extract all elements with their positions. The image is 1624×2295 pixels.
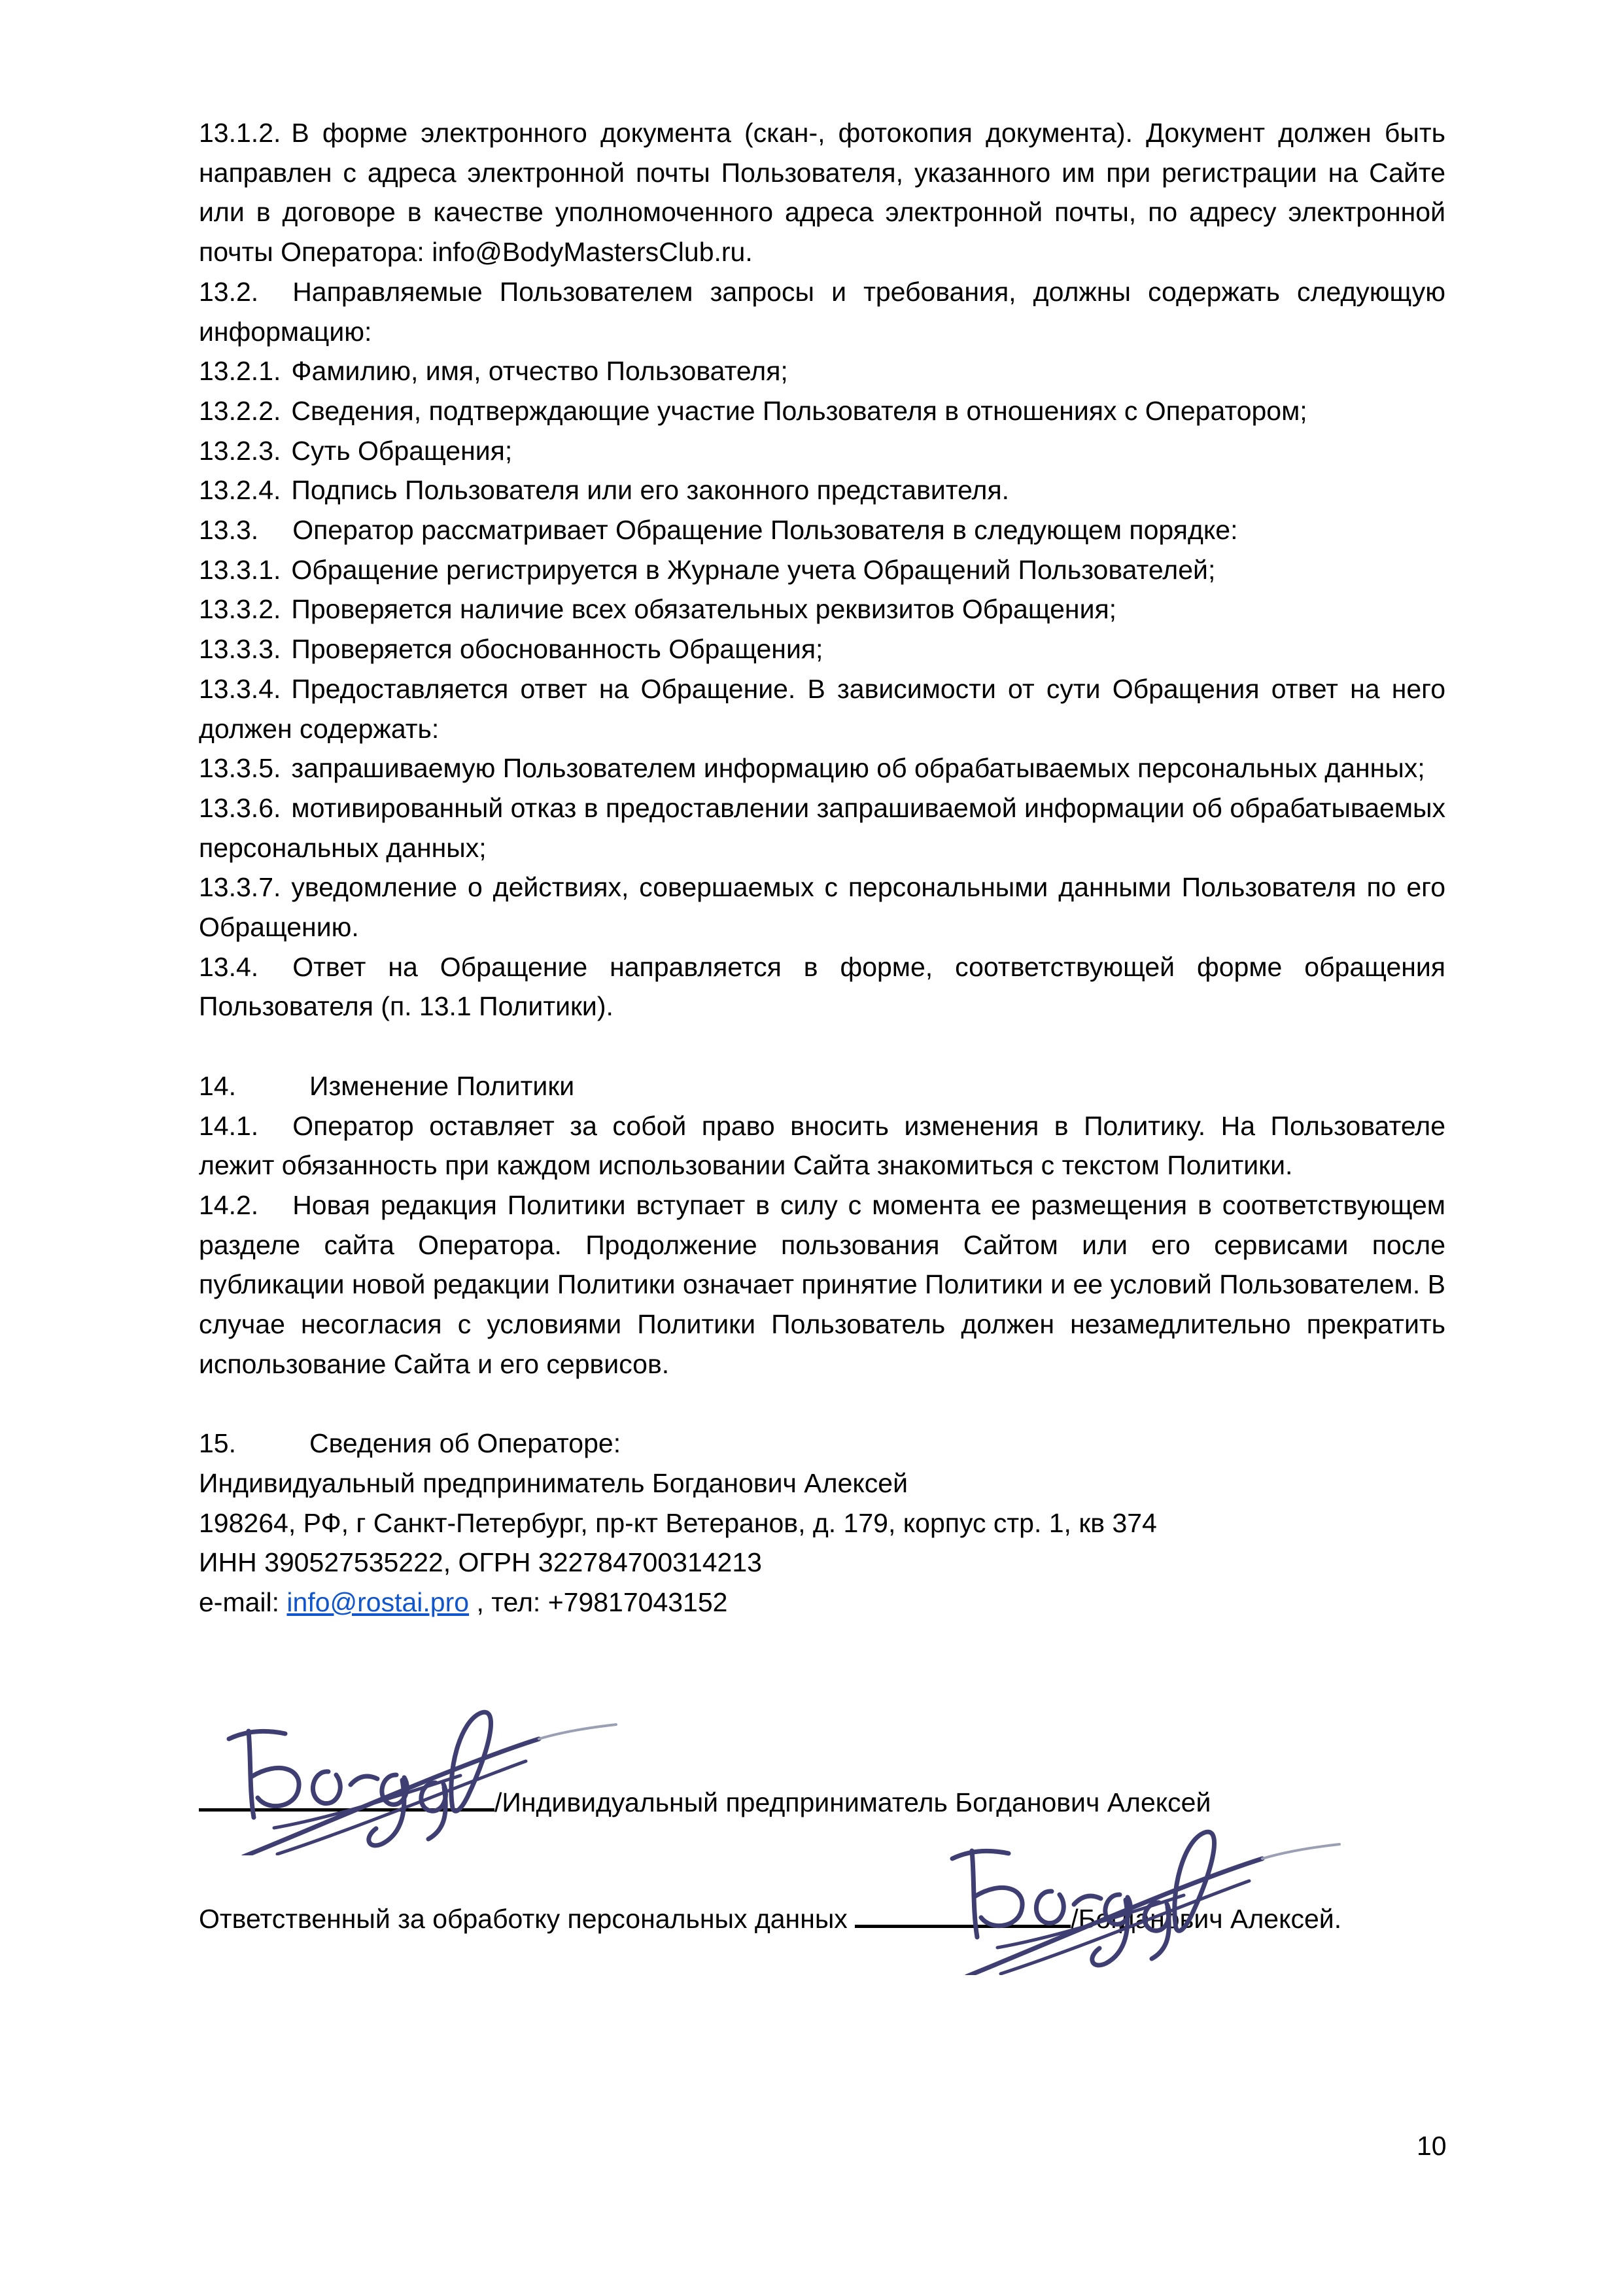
paragraph: 13.2.4.Подпись Пользователя или его зако…: [199, 470, 1445, 510]
paragraph-text: Проверяется наличие всех обязательных ре…: [291, 594, 1116, 624]
clause-number: 13.3.: [199, 515, 258, 545]
paragraph: 13.3.5.запрашиваемую Пользователем инфор…: [199, 748, 1445, 788]
paragraph-text: e-mail:: [199, 1587, 286, 1617]
paragraph-text: Новая редакция Политики вступает в силу …: [199, 1190, 1445, 1379]
clause-number: 14.2.: [199, 1190, 258, 1220]
paragraph: 13.2.Направляемые Пользователем запросы …: [199, 272, 1445, 351]
paragraph: 13.3.2.Проверяется наличие всех обязател…: [199, 589, 1445, 629]
paragraph: 13.3.6.мотивированный отказ в предоставл…: [199, 788, 1445, 867]
paragraph-text: Ответ на Обращение направляется в форме,…: [199, 952, 1445, 1022]
paragraph: Индивидуальный предприниматель Богданови…: [199, 1463, 1445, 1503]
clause-number: 13.3.5.: [199, 753, 281, 783]
paragraph-text: Сведения об Операторе:: [309, 1428, 621, 1458]
paragraph-text: Предоставляется ответ на Обращение. В за…: [199, 674, 1445, 744]
paragraph: 13.2.3.Суть Обращения;: [199, 431, 1445, 471]
paragraph-text: ИНН 390527535222, ОГРН 322784700314213: [199, 1547, 762, 1577]
paragraph: 13.2.2.Сведения, подтверждающие участие …: [199, 391, 1445, 431]
clause-number: 13.3.2.: [199, 594, 281, 624]
paragraph-text: Подпись Пользователя или его законного п…: [291, 475, 1009, 505]
clause-number: 15.: [199, 1428, 236, 1458]
signature-line-operator: [199, 1808, 494, 1812]
paragraph: 13.3.7.уведомление о действиях, совершае…: [199, 867, 1445, 947]
paragraph-text: мотивированный отказ в предоставлении за…: [199, 793, 1445, 863]
clause-number: 13.2.2.: [199, 396, 281, 426]
paragraph: 15.Сведения об Операторе:: [199, 1424, 1445, 1463]
signature-row-operator-label: /Индивидуальный предприниматель Богданов…: [494, 1787, 1211, 1817]
clause-number: 13.2.: [199, 277, 258, 307]
clause-number: 13.3.7.: [199, 872, 281, 902]
document-body: 13.1.2.В форме электронного документа (с…: [199, 113, 1445, 1622]
page-number: 10: [1417, 2126, 1447, 2166]
clause-number: 13.3.1.: [199, 555, 281, 585]
paragraph-text: В форме электронного документа (скан-, ф…: [199, 118, 1445, 267]
paragraph-text: Изменение Политики: [309, 1071, 574, 1101]
signature-row-responsible: Ответственный за обработку персональных …: [199, 1899, 1341, 1939]
signature-row-responsible-label: /Богданович Алексей.: [1071, 1904, 1341, 1934]
paragraph: 198264, РФ, г Санкт-Петербург, пр-кт Вет…: [199, 1503, 1445, 1543]
paragraph: 13.1.2.В форме электронного документа (с…: [199, 113, 1445, 272]
clause-number: 13.3.4.: [199, 674, 281, 704]
paragraph: e-mail: info@rostai.pro , тел: +79817043…: [199, 1583, 1445, 1622]
paragraph: 13.3.1.Обращение регистрируется в Журнал…: [199, 550, 1445, 590]
paragraph-text: Индивидуальный предприниматель Богданови…: [199, 1468, 908, 1498]
paragraph-text: 198264, РФ, г Санкт-Петербург, пр-кт Вет…: [199, 1508, 1157, 1538]
paragraph-text: Фамилию, имя, отчество Пользователя;: [291, 356, 787, 386]
clause-number: 14.: [199, 1071, 236, 1101]
paragraph-text: Сведения, подтверждающие участие Пользов…: [291, 396, 1307, 426]
paragraph: 13.3.Оператор рассматривает Обращение По…: [199, 510, 1445, 550]
paragraph-text: Обращение регистрируется в Журнале учета…: [291, 555, 1215, 585]
clause-number: 13.3.6.: [199, 793, 281, 823]
paragraph-text: Оператор рассматривает Обращение Пользов…: [292, 515, 1237, 545]
clause-number: 13.2.1.: [199, 356, 281, 386]
clause-number: 14.1.: [199, 1111, 258, 1141]
clause-number: 13.3.3.: [199, 634, 281, 664]
paragraph: 13.2.1.Фамилию, имя, отчество Пользовате…: [199, 351, 1445, 391]
paragraph-text: , тел: +79817043152: [469, 1587, 727, 1617]
clause-number: 13.1.2.: [199, 118, 281, 148]
paragraph-text: Суть Обращения;: [291, 436, 512, 466]
document-page: 13.1.2.В форме электронного документа (с…: [0, 0, 1624, 2295]
signature-ink-icon: [186, 1698, 631, 1855]
signature-ink-icon: [909, 1818, 1354, 1975]
paragraph-text: Проверяется обоснованность Обращения;: [291, 634, 823, 664]
paragraph: 13.3.3.Проверяется обоснованность Обраще…: [199, 629, 1445, 669]
signature-row-responsible-prefix: Ответственный за обработку персональных …: [199, 1904, 855, 1934]
paragraph-text: Оператор оставляет за собой право вносит…: [199, 1111, 1445, 1181]
paragraph-text: запрашиваемую Пользователем информацию о…: [291, 753, 1425, 783]
paragraph: 13.4.Ответ на Обращение направляется в ф…: [199, 947, 1445, 1026]
clause-number: 13.4.: [199, 952, 258, 982]
signature-line-responsible: [855, 1925, 1071, 1928]
paragraph: 14.1.Оператор оставляет за собой право в…: [199, 1106, 1445, 1185]
paragraph: ИНН 390527535222, ОГРН 322784700314213: [199, 1543, 1445, 1583]
paragraph: 14.2.Новая редакция Политики вступает в …: [199, 1185, 1445, 1384]
paragraph-text: уведомление о действиях, совершаемых с п…: [199, 872, 1445, 942]
signature-row-operator: /Индивидуальный предприниматель Богданов…: [199, 1783, 1211, 1823]
paragraph: 14.Изменение Политики: [199, 1066, 1445, 1106]
paragraph: 13.3.4.Предоставляется ответ на Обращени…: [199, 669, 1445, 748]
email-link[interactable]: info@rostai.pro: [286, 1587, 469, 1617]
clause-number: 13.2.3.: [199, 436, 281, 466]
clause-number: 13.2.4.: [199, 475, 281, 505]
paragraph-text: Направляемые Пользователем запросы и тре…: [199, 277, 1445, 347]
